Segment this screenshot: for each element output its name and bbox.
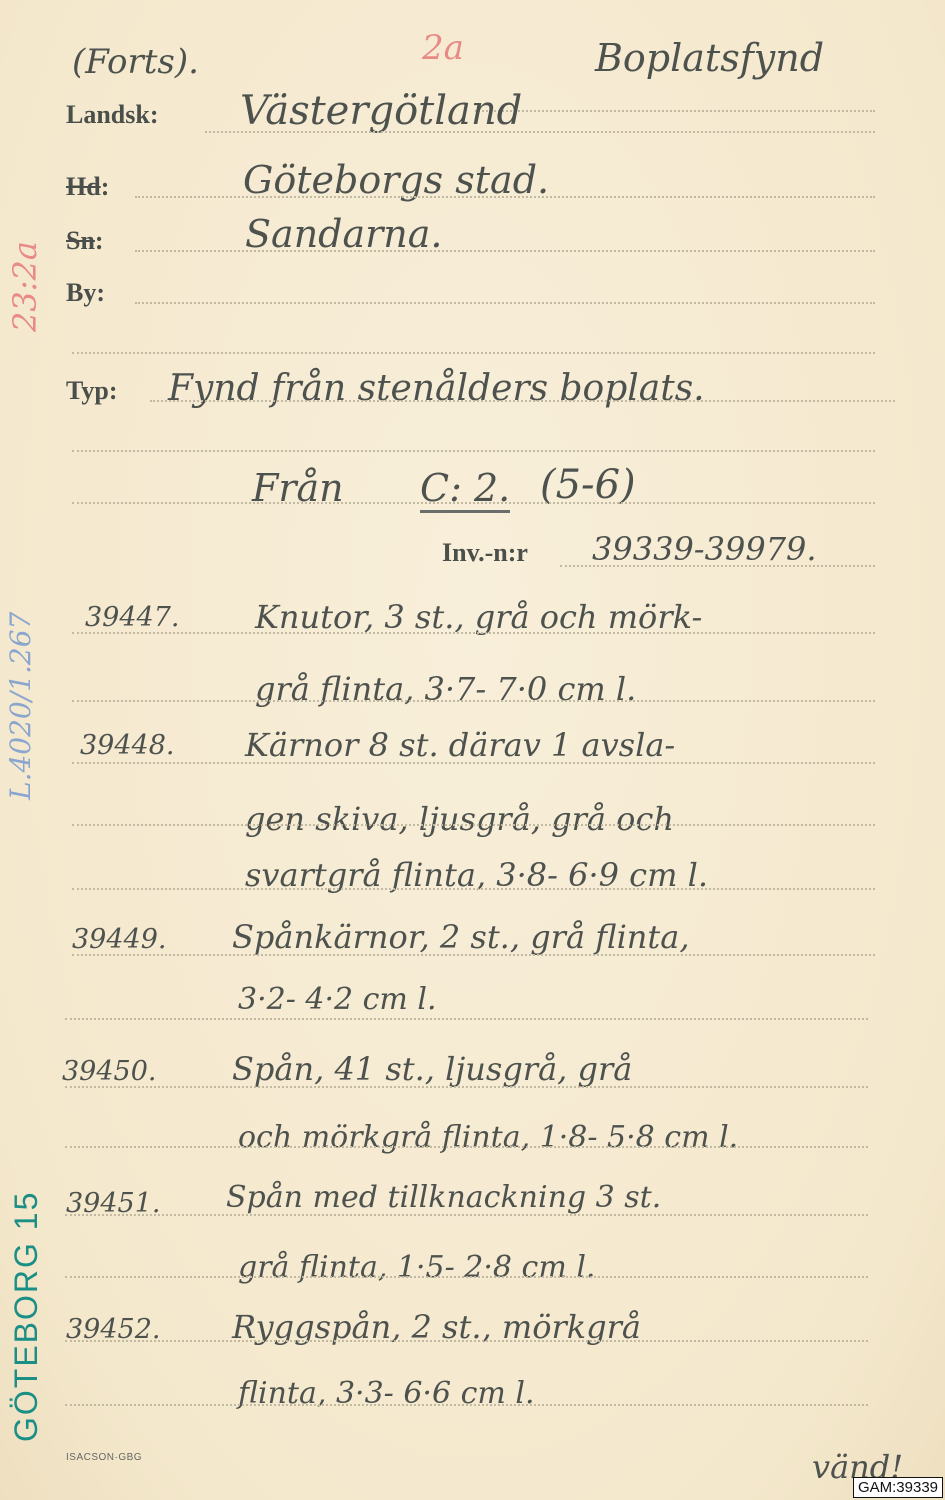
typ-label: Typ: xyxy=(66,376,118,406)
entry-line: Kärnor 8 st. därav 1 avsla- xyxy=(245,726,675,764)
field-line-sn xyxy=(135,250,875,252)
blank-line-2 xyxy=(72,450,875,452)
field-line-hd xyxy=(135,196,875,198)
entry-line: gen skiva, ljusgrå, grå och xyxy=(245,800,674,838)
typ-line xyxy=(150,400,895,402)
margin-note-blue: L.4020/1.267 xyxy=(4,612,37,800)
entry-number: 39449. xyxy=(72,924,166,955)
category-title: Boplatsfynd xyxy=(595,36,824,80)
entry-number: 39448. xyxy=(80,730,174,761)
field-label-hd: Hd: xyxy=(66,172,109,202)
header-line xyxy=(475,110,875,112)
forts-note: (Forts). xyxy=(72,42,199,82)
fran-line xyxy=(72,502,875,504)
page-mark: 2a xyxy=(422,28,464,68)
entry-number: 39450. xyxy=(62,1056,156,1087)
field-label-landsk: Landsk: xyxy=(66,100,159,130)
catalog-stamp: GAM:39339 xyxy=(853,1477,943,1498)
typ-value: Fynd från stenålders boplats. xyxy=(168,368,705,409)
archive-card: (Forts). 2a Boplatsfynd Landsk: Västergö… xyxy=(0,0,945,1500)
field-label-by: By: xyxy=(66,278,105,308)
entry-line: Spån, 41 st., ljusgrå, grå xyxy=(232,1050,632,1088)
entry-line: Knutor, 3 st., grå och mörk- xyxy=(255,598,702,636)
margin-note-red: 23:2a xyxy=(6,241,44,332)
field-value-landsk: Västergötland xyxy=(240,88,522,134)
blank-line xyxy=(72,352,875,354)
inv-value: 39339-39979. xyxy=(592,530,817,568)
printer-mark: ISACSON·GBG xyxy=(66,1452,142,1463)
field-label-sn: Sn: xyxy=(66,226,104,256)
entry-line: Spånkärnor, 2 st., grå flinta, xyxy=(232,918,690,956)
entry-line: 3·2- 4·2 cm l. xyxy=(238,982,437,1017)
entry-number: 39447. xyxy=(85,602,179,633)
inv-line xyxy=(560,565,875,567)
entry-line: Spån med tillknackning 3 st. xyxy=(226,1180,661,1215)
field-line-by xyxy=(135,302,875,304)
entry-line: och mörkgrå flinta, 1·8- 5·8 cm l. xyxy=(238,1120,738,1155)
entry-line: grå flinta, 3·7- 7·0 cm l. xyxy=(255,670,636,708)
field-line-landsk xyxy=(205,131,875,133)
entry-line: grå flinta, 1·5- 2·8 cm l. xyxy=(238,1250,595,1285)
inv-label: Inv.-n:r xyxy=(442,538,528,568)
gothenburg-stamp: GÖTEBORG 15 xyxy=(8,1191,45,1442)
fran-ref: C: 2. xyxy=(420,466,510,513)
